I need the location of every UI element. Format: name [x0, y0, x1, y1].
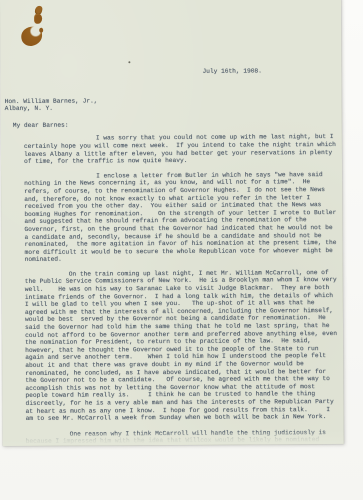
recipient-block: Hon. William Barnes, Jr., Albany, N. Y.	[5, 96, 342, 113]
letter-paper: July 16th, 1908. Hon. William Barnes, Jr…	[0, 0, 344, 446]
paragraph-1: I was sorry that you could not come up w…	[24, 133, 337, 165]
letter-date: July 16th, 1908.	[202, 67, 341, 75]
paragraph-3: On the train coming up last night, I met…	[25, 269, 339, 423]
paragraph-2: I enclose a letter from Butler in which …	[24, 171, 338, 264]
typewritten-letter: July 16th, 1908. Hon. William Barnes, Jr…	[0, 0, 344, 446]
page-bottom-edge-fade	[3, 431, 344, 446]
salutation: My dear Barnes:	[13, 120, 342, 130]
scan-background: July 16th, 1908. Hon. William Barnes, Jr…	[0, 0, 363, 500]
